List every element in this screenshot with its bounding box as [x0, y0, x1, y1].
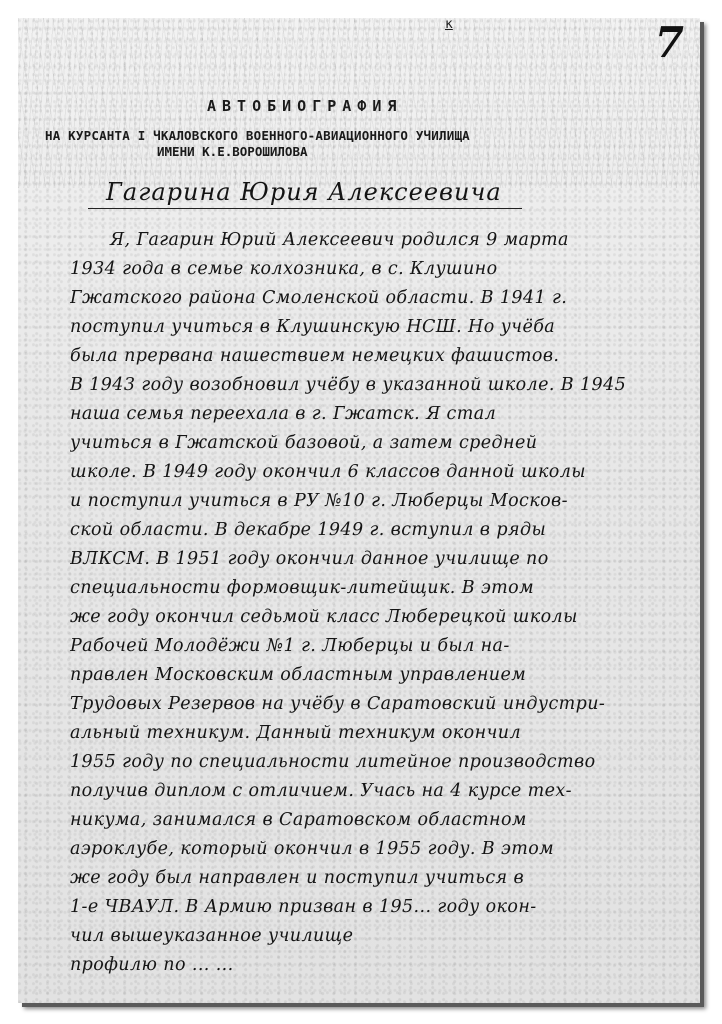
document-heading: АВТОБИОГРАФИЯ	[207, 97, 402, 115]
author-name: Гагарина Юрия Алексеевича	[88, 178, 522, 209]
body-line: В 1943 году возобновил учёбу в указанной…	[70, 371, 690, 400]
body-line: наша семья переехала в г. Гжатск. Я стал	[70, 400, 690, 429]
body-line: Трудовых Резервов на учёбу в Саратовский…	[70, 690, 690, 719]
handwritten-body: Я, Гагарин Юрий Алексеевич родился 9 мар…	[70, 226, 690, 980]
body-line: и поступил учиться в РУ №10 г. Люберцы М…	[70, 487, 690, 516]
body-line: 1955 году по специальности литейное прои…	[70, 748, 690, 777]
body-line: 1934 года в семье колхозника, в с. Клуши…	[70, 255, 690, 284]
body-line: была прервана нашествием немецких фашист…	[70, 342, 690, 371]
body-line: ВЛКСМ. В 1951 году окончил данное училищ…	[70, 545, 690, 574]
body-line: никума, занимался в Саратовском областно…	[70, 806, 690, 835]
body-line: Рабочей Молодёжи №1 г. Люберцы и был на-	[70, 632, 690, 661]
body-line: альный техникум. Данный техникум окончил	[70, 719, 690, 748]
body-line: поступил учиться в Клушинскую НСШ. Но уч…	[70, 313, 690, 342]
body-line: специальности формовщик-литейщик. В этом	[70, 574, 690, 603]
body-line: получив диплом с отличием. Учась на 4 ку…	[70, 777, 690, 806]
body-line: учиться в Гжатской базовой, а затем сред…	[70, 429, 690, 458]
body-line: Гжатского района Смоленской области. В 1…	[70, 284, 690, 313]
body-line: школе. В 1949 году окончил 6 классов дан…	[70, 458, 690, 487]
body-line: чил вышеуказанное училище	[70, 922, 690, 951]
body-line: ской области. В декабре 1949 г. вступил …	[70, 516, 690, 545]
body-line: же году окончил седьмой класс Люберецкой…	[70, 603, 690, 632]
body-line: аэроклубе, который окончил в 1955 году. …	[70, 835, 690, 864]
corner-mark: к	[445, 17, 453, 32]
body-line: 1-е ЧВАУЛ. В Армию призван в 195... году…	[70, 893, 690, 922]
body-line: правлен Московским областным управлением	[70, 661, 690, 690]
page-number: 7	[655, 18, 684, 67]
body-line: профилю по ... ...	[70, 951, 690, 980]
document-subheading-line2: ИМЕНИ К.Е.ВОРОШИЛОВА	[157, 144, 308, 159]
document-subheading-line1: НА КУРСАНТА I ЧКАЛОВСКОГО ВОЕННОГО-АВИАЦ…	[45, 128, 470, 143]
body-line: Я, Гагарин Юрий Алексеевич родился 9 мар…	[70, 226, 690, 255]
body-line: же году был направлен и поступил учиться…	[70, 864, 690, 893]
